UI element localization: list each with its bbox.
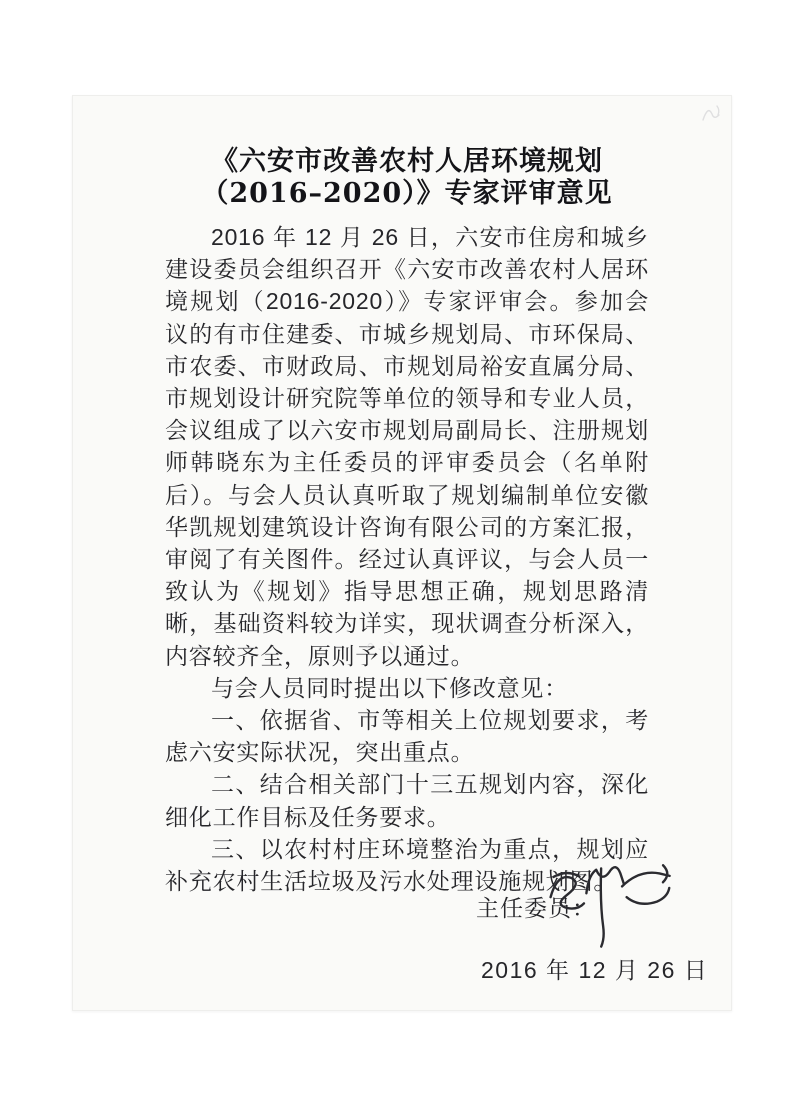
document-page: 《六安市改善农村人居环境规划 （2016–2020）》专家评审意见 2016 年… xyxy=(72,95,732,1011)
paragraph-opinions-lead: 与会人员同时提出以下修改意见： xyxy=(165,672,649,704)
handwritten-signature xyxy=(538,850,683,957)
document-body: 2016 年 12 月 26 日，六安市住房和城乡建设委员会组织召开《六安市改善… xyxy=(165,221,649,897)
document-title-line-2: （2016–2020）》专家评审意见 xyxy=(165,178,649,210)
document-content: 《六安市改善农村人居环境规划 （2016–2020）》专家评审意见 2016 年… xyxy=(165,146,649,897)
paragraph-opinion-1: 一、依据省、市等相关上位规划要求，考虑六安实际状况，突出重点。 xyxy=(165,704,649,768)
pencil-smudge-icon xyxy=(363,636,399,654)
paragraph-intro: 2016 年 12 月 26 日，六安市住房和城乡建设委员会组织召开《六安市改善… xyxy=(165,221,649,672)
pencil-mark-icon xyxy=(699,98,729,128)
document-title: 《六安市改善农村人居环境规划 （2016–2020）》专家评审意见 xyxy=(165,146,649,210)
paragraph-opinion-2: 二、结合相关部门十三五规划内容，深化细化工作目标及任务要求。 xyxy=(165,768,649,832)
document-title-line-1: 《六安市改善农村人居环境规划 xyxy=(165,146,649,178)
document-date: 2016 年 12 月 26 日 xyxy=(481,952,708,985)
